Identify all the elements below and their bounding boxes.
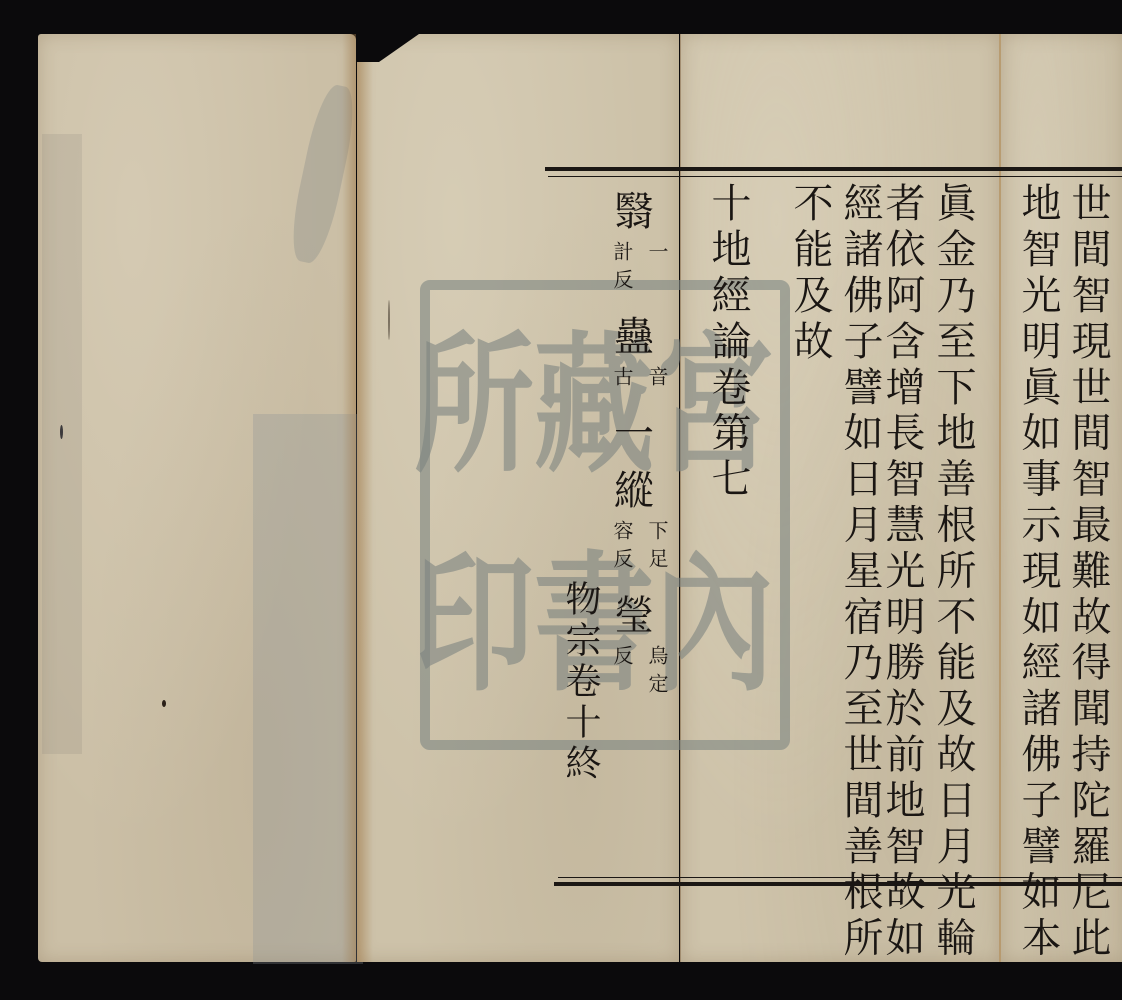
gloss-entry: 蠱 音 古: [612, 305, 668, 394]
annotation-left: 計反: [608, 241, 637, 297]
text-column-3: 眞金乃至下地善根所不能及故日月光輪: [933, 182, 973, 962]
text-column-5: 經諸佛子譬如日月星宿乃至世間善根所: [840, 182, 880, 962]
gloss-annotation: 烏定 反: [612, 645, 668, 701]
text-column-2: 地智光明眞如事示現如經諸佛子譬如本: [1018, 182, 1058, 962]
frame-top-thick-rule: [545, 167, 1122, 171]
gloss-annotation: 音 古: [612, 366, 668, 394]
blank-leaf-left: [38, 34, 356, 962]
gloss-annotation: 下足 容反: [612, 520, 668, 576]
fold-edge: [342, 34, 356, 962]
gloss-head-char: 縱: [612, 459, 656, 516]
annotation-left: 容反: [608, 520, 637, 576]
text-column-1: 世間智現世間智最難故得聞持陀羅尼此: [1068, 182, 1108, 962]
gloss-head-char: 蠱: [612, 305, 656, 362]
gloss-entry: 縱 下足 容反: [612, 459, 668, 576]
gloss-head-char: 翳: [612, 180, 656, 237]
gloss-entry: 瑩 烏定 反: [612, 584, 668, 701]
water-stain: [42, 134, 82, 754]
phonetic-gloss-column: 翳 一 計反 蠱 音 古 一 縱 下足 容反 瑩 烏定 反: [612, 180, 668, 709]
gloss-annotation: 一 計反: [612, 241, 668, 297]
frame-top-thin-rule: [548, 176, 1122, 177]
ink-speck: [162, 700, 166, 707]
text-column-4: 者依阿含增長智慧光明勝於前地智故如: [882, 182, 922, 962]
seal-glyph: 印: [414, 488, 534, 762]
annotation-right: 烏定: [643, 645, 672, 701]
gloss-head-char: 一: [612, 402, 656, 459]
gloss-entry: 翳 一 計反: [612, 180, 668, 297]
annotation-right: 音: [643, 366, 672, 394]
seal-glyph: 內: [654, 488, 774, 762]
annotation-right: 下足: [643, 520, 672, 576]
ink-speck: [388, 300, 390, 340]
fold-crease: [357, 34, 373, 962]
gloss-entry: 一: [612, 402, 668, 459]
volume-title: 十地經論卷第七: [708, 182, 748, 503]
annotation-left: 古: [608, 366, 637, 394]
annotation-right: 一: [643, 241, 672, 297]
ink-speck: [60, 425, 63, 439]
text-column-6: 不能及故: [790, 182, 830, 366]
volume-end-mark: 物宗卷十終: [562, 580, 598, 785]
annotation-left: 反: [608, 645, 637, 701]
gloss-head-char: 瑩: [612, 584, 656, 641]
